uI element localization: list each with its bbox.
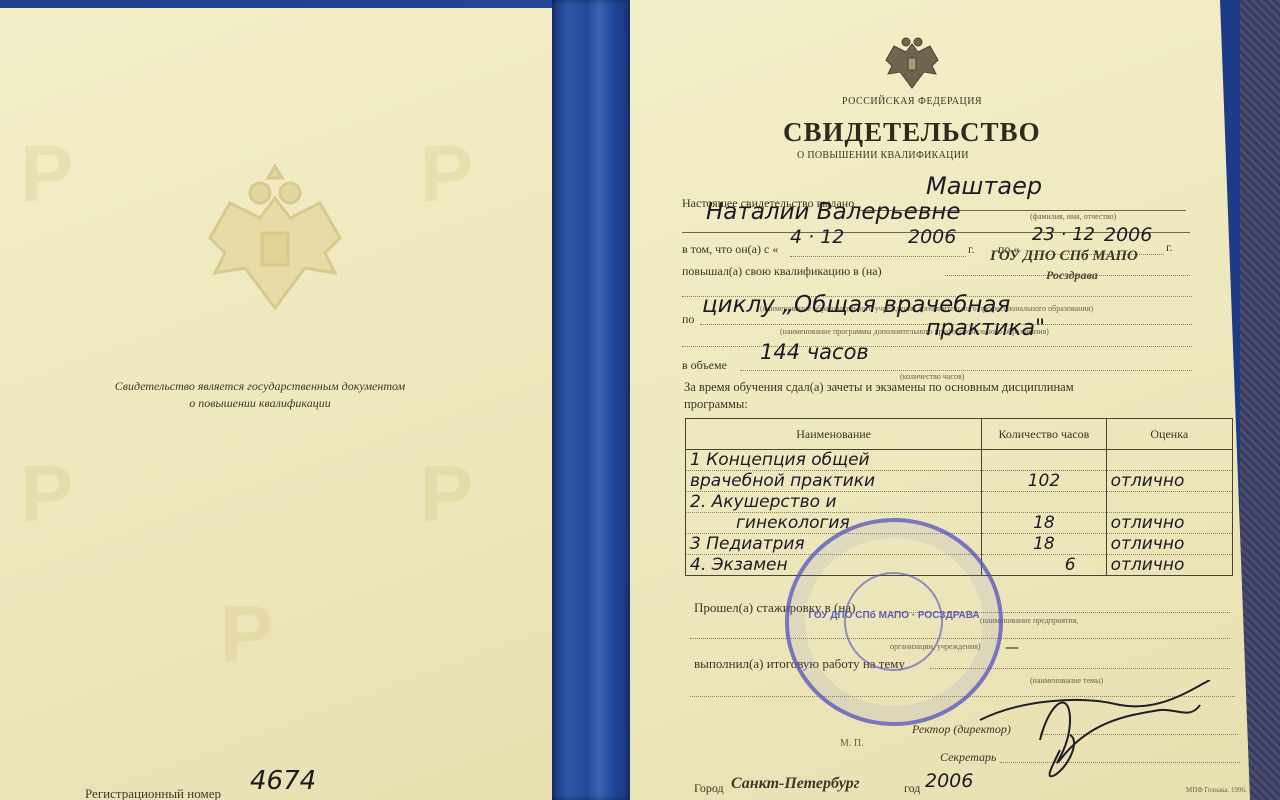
year-suffix: г. — [1166, 240, 1173, 255]
program-label: по — [682, 312, 694, 327]
institution-sub: Росздрава — [1046, 268, 1098, 283]
coat-of-arms-icon — [190, 158, 360, 328]
rector-signature-icon — [960, 680, 1220, 780]
table-row: 2. Акушерство и — [686, 492, 1233, 513]
program-value-line2: практика" — [926, 316, 1045, 341]
name-value: Наталии Валерьевне — [706, 199, 961, 225]
dotted-line — [740, 370, 1192, 371]
date-to-value: 23 · 12 — [1032, 224, 1095, 245]
cover-spine — [552, 0, 630, 800]
dotted-line — [790, 256, 966, 257]
year-to-value: 2006 — [1104, 224, 1152, 246]
watermark-p: Р — [420, 128, 473, 220]
background-fabric — [1240, 0, 1280, 800]
fio-hint: (фамилия, имя, отчество) — [1030, 212, 1116, 221]
surname-value: Маштаер — [926, 172, 1042, 200]
upgraded-label: повышал(а) свою квалификацию в (на) — [682, 264, 882, 279]
table-header-row: Наименование Количество часов Оценка — [686, 419, 1233, 450]
column-header: Оценка — [1106, 419, 1232, 450]
table-row: гинекология 18 отлично — [686, 513, 1233, 534]
period-from-label: в том, что он(а) с « — [682, 242, 778, 257]
year-suffix: г. — [968, 242, 975, 257]
volume-label: в объеме — [682, 358, 727, 373]
discipline-hours: 18 — [982, 534, 1106, 555]
left-page: Р Р Р Р Р Свидетельство является государ… — [0, 8, 552, 800]
discipline-name: 1 Концепция общей — [686, 450, 982, 471]
date-from-value: 4 · 12 — [790, 226, 844, 248]
year-value: 2006 — [925, 770, 973, 792]
discipline-name: врачебной практики — [686, 471, 982, 492]
table-row: врачебной практики 102 отлично — [686, 471, 1233, 492]
column-header: Наименование — [686, 419, 982, 450]
country-label: РОССИЙСКАЯ ФЕДЕРАЦИЯ — [842, 96, 982, 107]
exams-text: За время обучения сдал(а) зачеты и экзам… — [684, 380, 1074, 395]
watermark-p: Р — [220, 588, 273, 680]
discipline-grade: отлично — [1106, 555, 1232, 576]
table-row: 1 Концепция общей — [686, 450, 1233, 471]
registration-label: Регистрационный номер — [85, 786, 221, 800]
certificate-title: СВИДЕТЕЛЬСТВО — [783, 117, 1041, 148]
year-from-value: 2006 — [908, 226, 956, 248]
discipline-grade: отлично — [1106, 513, 1232, 534]
discipline-name: 2. Акушерство и — [686, 492, 982, 513]
program-value-line1: циклу „Общая врачебная — [702, 292, 1010, 318]
registration-number: 4674 — [250, 766, 316, 796]
watermark-p: Р — [20, 128, 73, 220]
printer-mark: МПФ Гознака. 1996. — [1186, 786, 1247, 794]
city-value: Санкт-Петербург — [731, 775, 860, 793]
city-label: Город — [694, 781, 724, 796]
watermark-p: Р — [420, 448, 473, 540]
seal-label: М. П. — [840, 738, 864, 749]
column-header: Количество часов — [982, 419, 1106, 450]
watermark-p: Р — [20, 448, 73, 540]
coat-of-arms-icon — [880, 30, 944, 94]
discipline-hours: 18 — [982, 513, 1106, 534]
left-caption: Свидетельство является государственным д… — [40, 378, 480, 412]
institution-value: ГОУ ДПО СПб МАПО — [990, 248, 1138, 265]
stamp-emblem — [844, 572, 943, 671]
year-label: год — [904, 781, 920, 796]
discipline-grade: отлично — [1106, 471, 1232, 492]
certificate-subtitle: О ПОВЫШЕНИИ КВАЛИФИКАЦИИ — [797, 150, 969, 161]
discipline-hours: 6 — [982, 555, 1106, 576]
discipline-hours: 102 — [982, 471, 1106, 492]
internship-value: — — [1005, 640, 1019, 656]
discipline-grade: отлично — [1106, 534, 1232, 555]
caption-line: о повышении квалификации — [40, 395, 480, 412]
volume-value: 144 часов — [760, 340, 869, 364]
stamp-text: ГОУ ДПО СПб МАПО · РОСЗДРАВА — [789, 610, 999, 621]
exams-text: программы: — [684, 397, 748, 412]
dotted-line — [682, 346, 1192, 347]
caption-line: Свидетельство является государственным д… — [40, 378, 480, 395]
